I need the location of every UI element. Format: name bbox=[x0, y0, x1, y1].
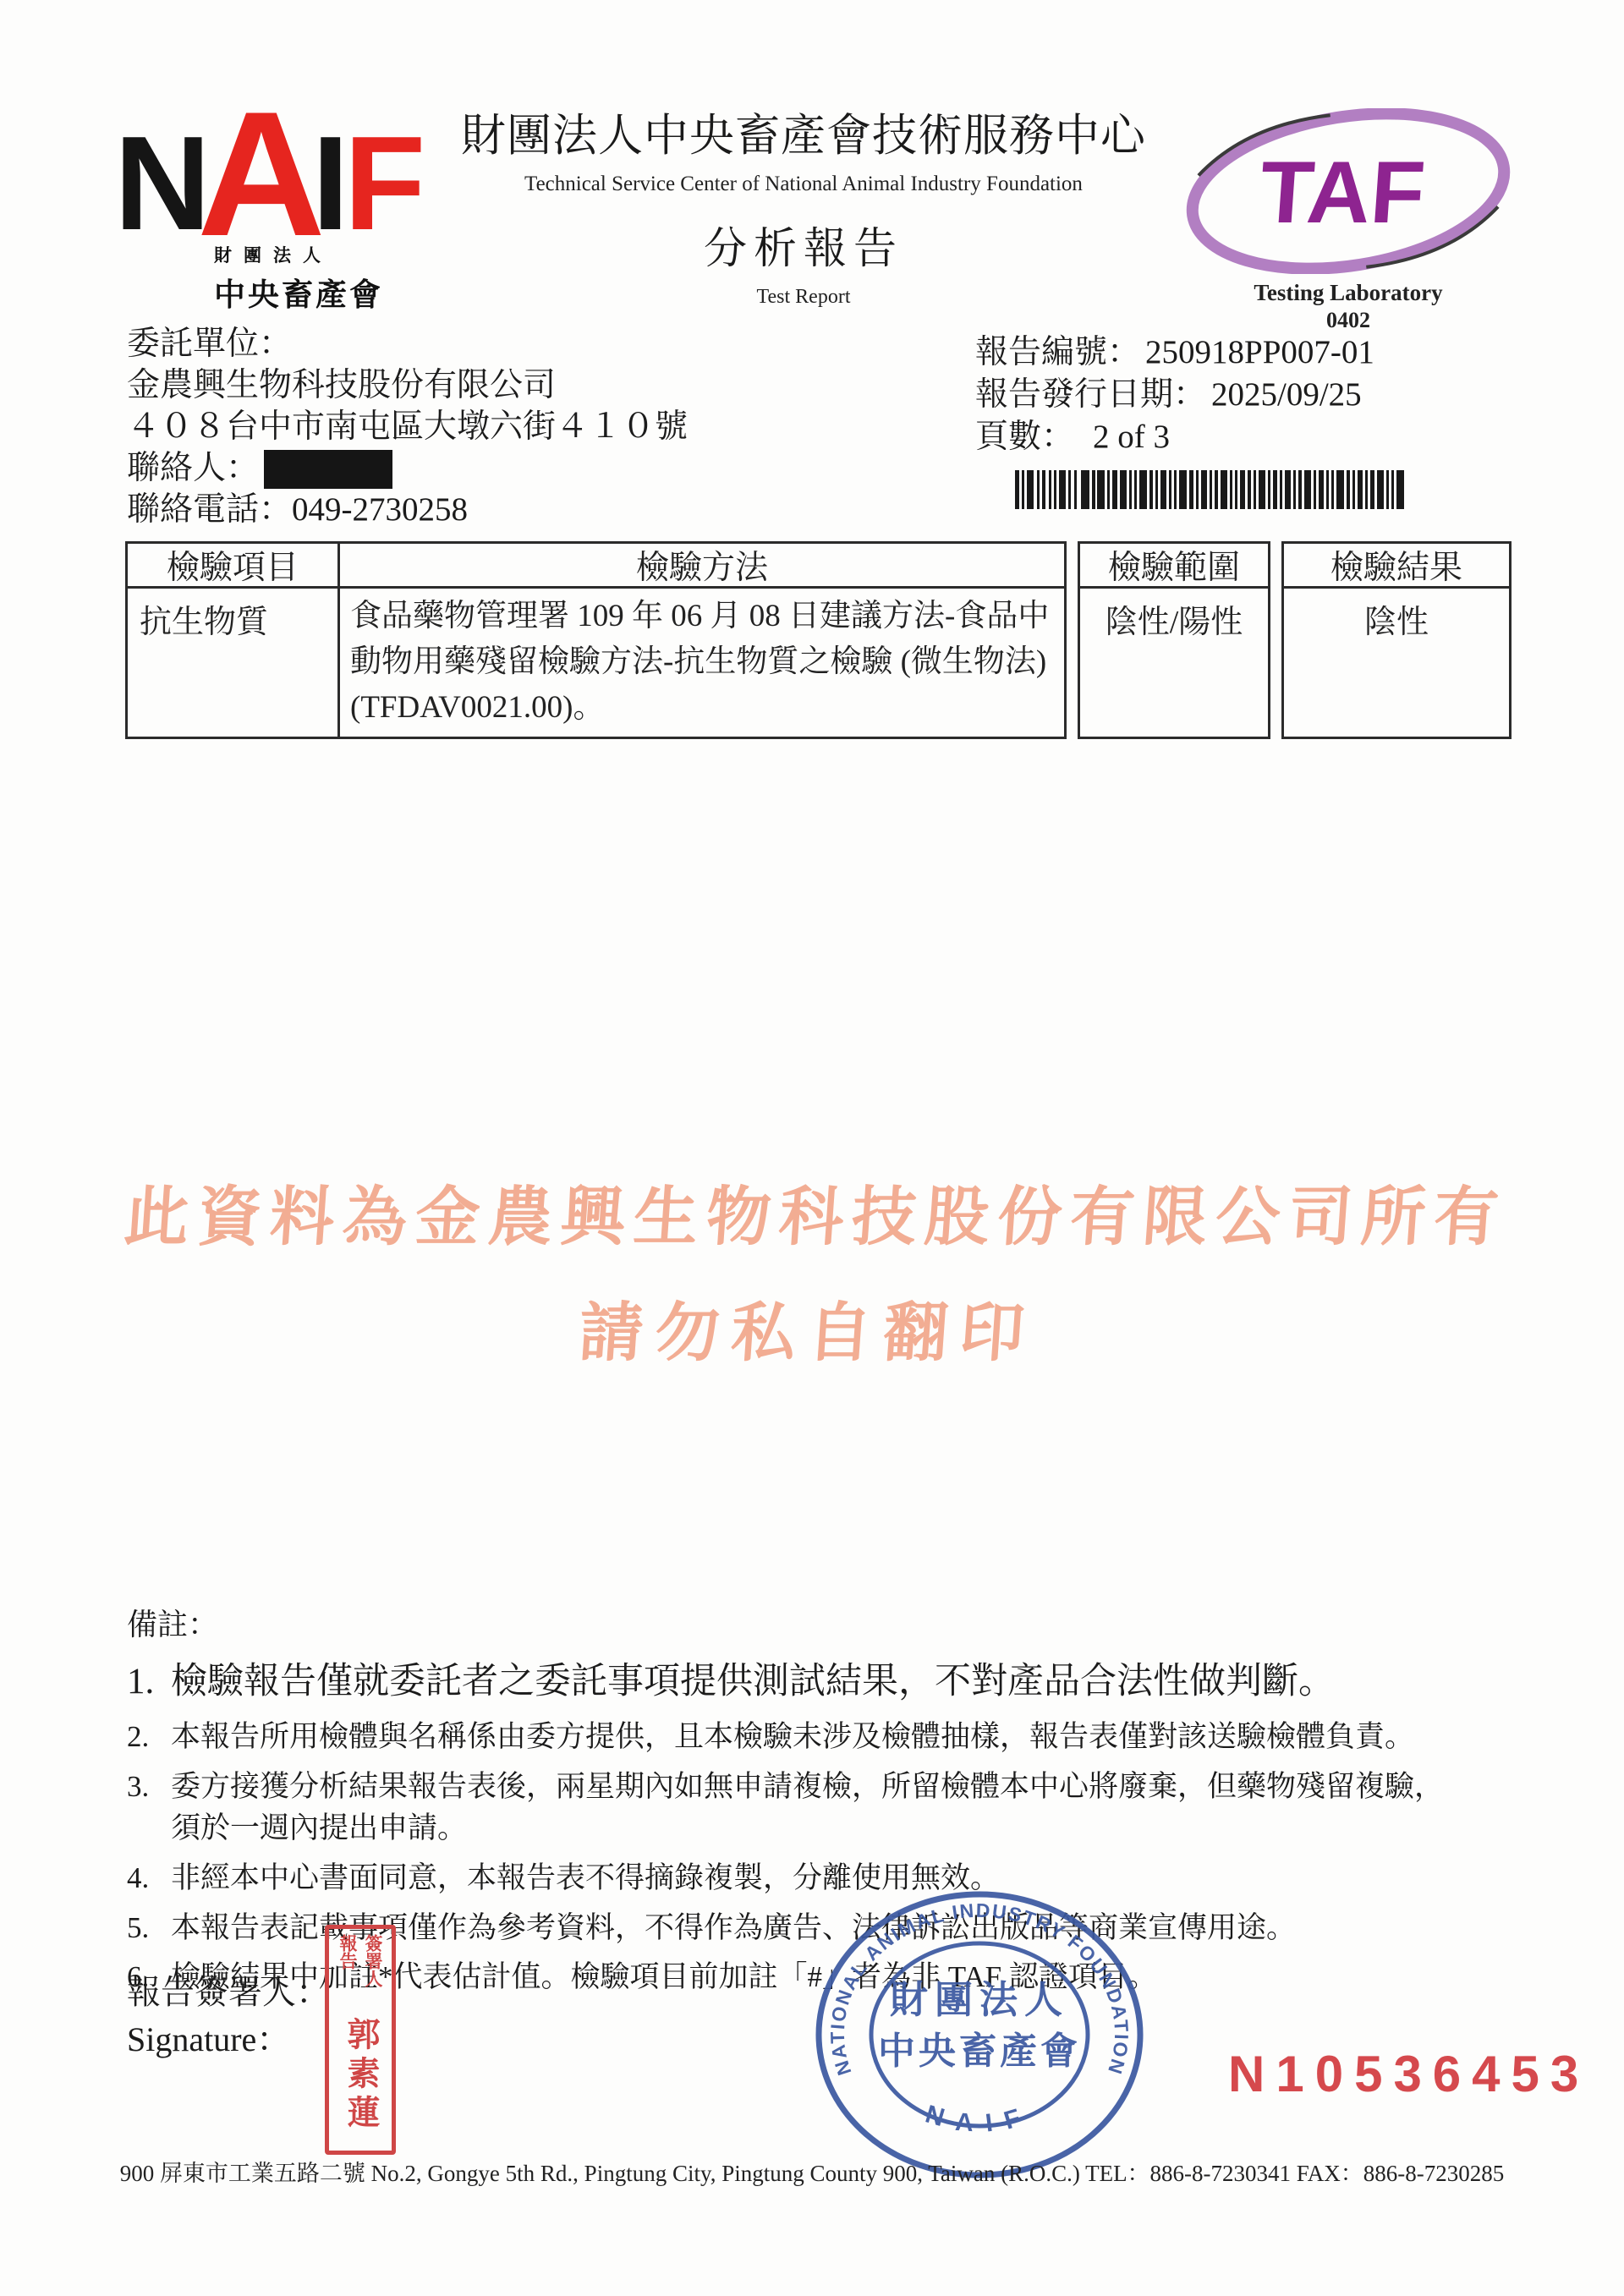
naif-logo: NAIF 財團法人 中央畜產會 bbox=[114, 95, 419, 315]
note-number: 2. bbox=[127, 1716, 171, 1758]
note-number: 5. bbox=[127, 1907, 171, 1949]
page-value: 2 of 3 bbox=[1093, 419, 1170, 455]
taf-ellipse-icon: TAF bbox=[1177, 108, 1519, 274]
issue-date-label: 報告發行日期： bbox=[975, 376, 1206, 413]
report-no-row: 報告編號：250918PP007-01 bbox=[975, 332, 1374, 374]
svg-text:NAIF: NAIF bbox=[922, 2100, 1036, 2138]
report-title-en: Test Report bbox=[414, 286, 1193, 309]
client-phone-label: 聯絡電話： bbox=[127, 491, 292, 528]
taf-letters: TAF bbox=[1257, 144, 1429, 242]
taf-label: Testing Laboratory bbox=[1177, 280, 1519, 306]
note-number: 3. bbox=[127, 1766, 171, 1808]
note-text: 檢驗報告僅就委託者之委託事項提供測試結果，不對產品合法性做判斷。 bbox=[171, 1656, 1335, 1707]
client-company: 金農興生物科技股份有限公司 bbox=[127, 364, 688, 406]
foundation-seal: NATIONAL ANIMAL INDUSTRY FOUNDATION NAIF… bbox=[810, 1884, 1149, 2189]
note-number: 4. bbox=[127, 1857, 171, 1899]
cell-item: 抗生物質 bbox=[128, 589, 337, 737]
report-meta: 報告編號：250918PP007-01 報告發行日期：2025/09/25 頁數… bbox=[975, 332, 1374, 458]
client-phone: 049-2730258 bbox=[292, 491, 468, 528]
note-number: 1. bbox=[127, 1656, 171, 1707]
signer-stamp-title-left: 報告 bbox=[335, 1934, 360, 1970]
col-header-method: 檢驗方法 bbox=[340, 544, 1064, 589]
naif-logo-letters: NAIF bbox=[114, 95, 419, 237]
naif-letter-n: N bbox=[114, 130, 211, 237]
title-block: 財團法人中央畜產會技術服務中心 Technical Service Center… bbox=[414, 100, 1193, 309]
naif-letter-f: F bbox=[344, 130, 426, 237]
notes-title: 備註： bbox=[127, 1601, 1538, 1644]
seal-center-line1: 財團法人 bbox=[890, 1979, 1069, 2021]
issue-date: 2025/09/25 bbox=[1211, 376, 1362, 413]
table-col-result: 檢驗結果 陰性 bbox=[1281, 541, 1512, 739]
page-row: 頁數：2 of 3 bbox=[975, 416, 1374, 458]
signer-stamp-name: 郭素蓮 bbox=[337, 2017, 384, 2134]
client-phone-row: 聯絡電話：049-2730258 bbox=[127, 489, 688, 530]
taf-logo: TAF Testing Laboratory 0402 bbox=[1177, 108, 1519, 333]
client-contact-label: 聯絡人： bbox=[127, 450, 259, 486]
signature-label-en: Signature： bbox=[127, 2016, 330, 2063]
col-header-result: 檢驗結果 bbox=[1284, 544, 1509, 589]
note-item: 1. 檢驗報告僅就委託者之委託事項提供測試結果，不對產品合法性做判斷。 bbox=[127, 1656, 1538, 1707]
naif-letter-a: A bbox=[197, 103, 326, 245]
signature-block: 報告簽署人： Signature： bbox=[127, 1969, 330, 2063]
table-col-range: 檢驗範圍 陰性/陽性 bbox=[1078, 541, 1270, 739]
note-text: 本報告所用檢體與名稱係由委方提供，且本檢驗未涉及檢體抽樣，報告表僅對該送驗檢體負… bbox=[171, 1716, 1414, 1758]
note-text: 委方接獲分析結果報告表後，兩星期內如無申請複檢，所留檢體本中心將廢棄，但藥物殘留… bbox=[171, 1766, 1444, 1808]
note-item: 2. 本報告所用檢體與名稱係由委方提供，且本檢驗未涉及檢體抽樣，報告表僅對該送驗… bbox=[127, 1716, 1538, 1758]
naif-subtitle-line2: 中央畜產會 bbox=[214, 269, 419, 315]
client-info: 委託單位： 金農興生物科技股份有限公司 ４０８台中市南屯區大墩六街４１０號 聯絡… bbox=[127, 323, 688, 530]
test-report-page: NAIF 財團法人 中央畜產會 財團法人中央畜產會技術服務中心 Technica… bbox=[0, 0, 1624, 2296]
table-col-method: 檢驗方法 食品藥物管理署 109 年 06 月 08 日建議方法-食品中動物用藥… bbox=[337, 541, 1067, 739]
report-no-label: 報告編號： bbox=[975, 334, 1140, 370]
ownership-watermark: 此資料為金農興生物科技股份有限公司所有 請勿私自翻印 bbox=[0, 1165, 1624, 1373]
taf-number: 0402 bbox=[1177, 308, 1519, 333]
watermark-line1: 此資料為金農興生物科技股份有限公司所有 bbox=[1, 1165, 1624, 1258]
table-col-item: 檢驗項目 抗生物質 bbox=[125, 541, 340, 739]
signer-stamp-title-right: 簽署人 bbox=[360, 1934, 386, 1987]
issue-date-row: 報告發行日期：2025/09/25 bbox=[975, 374, 1374, 416]
col-header-range: 檢驗範圍 bbox=[1080, 544, 1268, 589]
client-unit-label: 委託單位： bbox=[127, 323, 688, 364]
client-contact-row: 聯絡人： bbox=[127, 447, 688, 489]
signer-stamp: 簽署人 報告 郭素蓮 bbox=[325, 1925, 396, 2155]
org-name-en: Technical Service Center of National Ani… bbox=[414, 173, 1193, 196]
signer-stamp-title: 簽署人 報告 bbox=[335, 1934, 386, 2015]
serial-number: N10536453 bbox=[1228, 2045, 1589, 2103]
note-text-continued: 須於一週內提出申請。 bbox=[171, 1807, 1538, 1849]
seal-center-line2: 中央畜產會 bbox=[878, 2030, 1081, 2072]
redaction-box bbox=[264, 450, 392, 489]
page-label: 頁數： bbox=[975, 419, 1074, 455]
cell-method: 食品藥物管理署 109 年 06 月 08 日建議方法-食品中動物用藥殘留檢驗方… bbox=[340, 589, 1064, 735]
results-table: 檢驗項目 抗生物質 檢驗方法 食品藥物管理署 109 年 06 月 08 日建議… bbox=[125, 541, 1512, 739]
client-address: ４０８台中市南屯區大墩六街４１０號 bbox=[127, 406, 688, 447]
cell-range: 陰性/陽性 bbox=[1080, 589, 1268, 737]
note-item: 3. 委方接獲分析結果報告表後，兩星期內如無申請複檢，所留檢體本中心將廢棄，但藥… bbox=[127, 1766, 1538, 1849]
cell-result: 陰性 bbox=[1284, 589, 1509, 737]
col-header-item: 檢驗項目 bbox=[128, 544, 337, 589]
note-item-line1: 3. 委方接獲分析結果報告表後，兩星期內如無申請複檢，所留檢體本中心將廢棄，但藥… bbox=[127, 1766, 1538, 1808]
barcode bbox=[1015, 470, 1404, 509]
seal-ring-bottom-text: NAIF bbox=[922, 2100, 1036, 2138]
watermark-line2: 請勿私自翻印 bbox=[0, 1281, 1623, 1373]
footer-address: 900 屏東市工業五路二號 No.2, Gongye 5th Rd., Ping… bbox=[0, 2155, 1624, 2188]
org-name-zh: 財團法人中央畜產會技術服務中心 bbox=[414, 100, 1193, 164]
report-title-zh: 分析報告 bbox=[414, 213, 1193, 276]
report-no: 250918PP007-01 bbox=[1145, 334, 1374, 370]
signature-label-zh: 報告簽署人： bbox=[127, 1969, 330, 2016]
